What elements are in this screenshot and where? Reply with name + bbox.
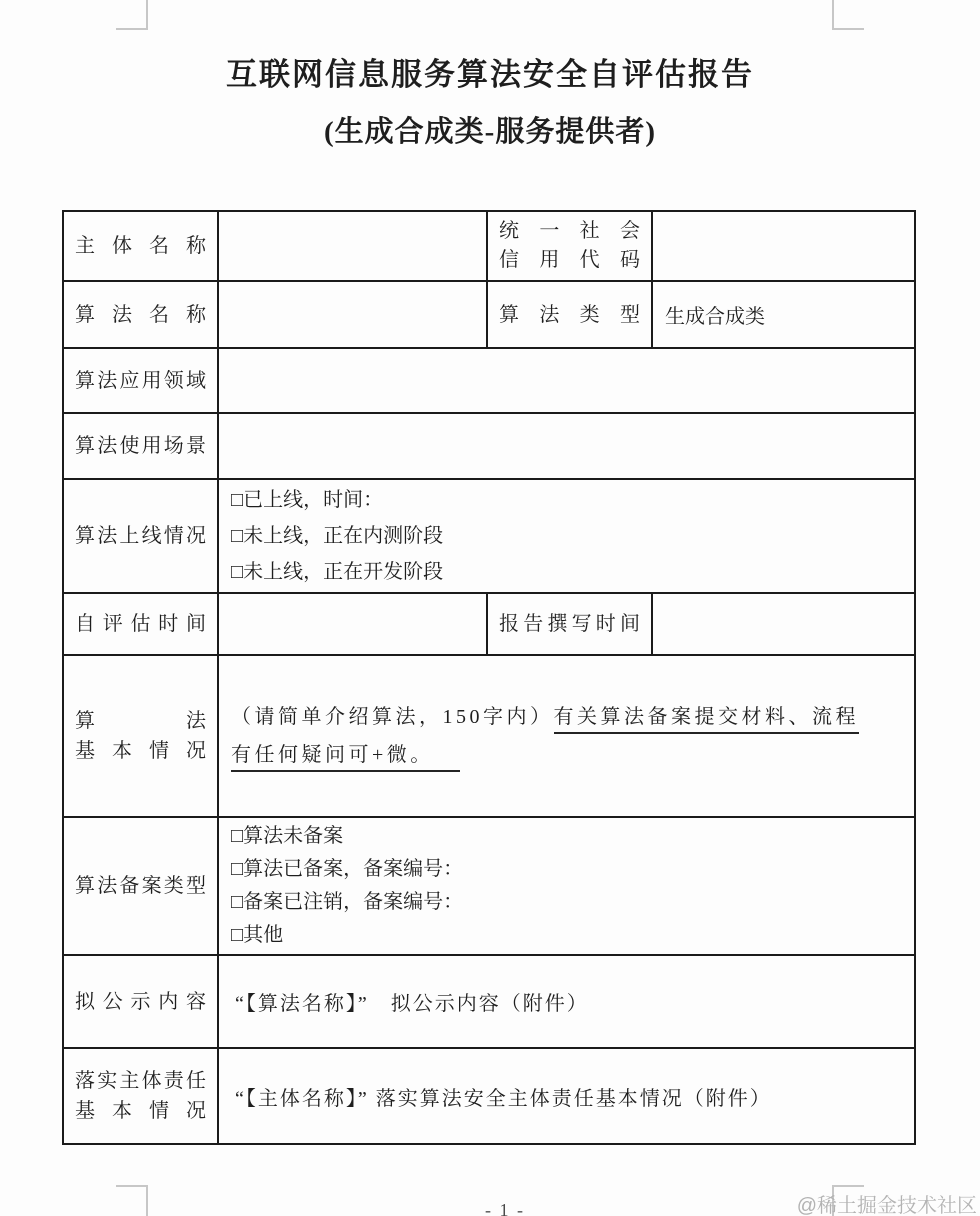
row-filing-type: 算法备案类型 □算法未备案 □算法已备案，备案编号： □备案已注销，备案编号： …: [63, 817, 915, 955]
checkbox-option: □未上线，正在内测阶段: [231, 518, 902, 554]
input-cell-algorithm-name[interactable]: [218, 281, 487, 348]
field-label: 报告撰写时间: [488, 609, 651, 639]
field-label: 算法使用场景: [64, 431, 217, 461]
input-cell-report-writing-time[interactable]: [652, 593, 915, 655]
field-label: 落实主体责任: [64, 1066, 217, 1096]
checkbox-option-label: 未上线，正在开发阶段: [243, 561, 443, 583]
basic-info-underlined-text: 有关算法备案提交材料、流程: [554, 706, 860, 734]
field-label: 主 体 名 称: [64, 231, 217, 261]
basic-info-underlined-text: 有任何疑问可+微。: [231, 744, 460, 772]
label-cell-application-domain: 算法应用领域: [63, 348, 218, 413]
input-cell-self-assessment-time[interactable]: [218, 593, 487, 655]
page-title: 互联网信息服务算法安全自评估报告: [0, 54, 980, 96]
row-algorithm-basic-info: 算 法 基 本 情 况 （请简单介绍算法，150字内）有关算法备案提交材料、流程…: [63, 655, 915, 817]
row-application-domain: 算法应用领域: [63, 348, 915, 413]
field-label: 算 法: [64, 706, 217, 736]
field-label: 算 法 类 型: [488, 300, 651, 330]
field-label: 拟 公 示 内 容: [64, 987, 217, 1017]
label-cell-online-status: 算法上线情况: [63, 479, 218, 593]
content-cell-algorithm-basic-info: （请简单介绍算法，150字内）有关算法备案提交材料、流程 有任何疑问可+微。: [218, 655, 915, 817]
checkbox-icon[interactable]: □: [231, 919, 243, 952]
label-cell-responsibility: 落实主体责任 基 本 情 况: [63, 1048, 218, 1144]
checkbox-option: □算法已备案，备案编号：: [231, 853, 902, 886]
content-cell-proposed-publicity: “【算法名称】” 拟公示内容（附件）: [218, 955, 915, 1048]
content-cell-responsibility: “【主体名称】” 落实算法安全主体责任基本情况（附件）: [218, 1048, 915, 1144]
label-cell-self-assessment-time: 自 评 估 时 间: [63, 593, 218, 655]
row-proposed-publicity: 拟 公 示 内 容 “【算法名称】” 拟公示内容（附件）: [63, 955, 915, 1048]
crop-mark-top-right-icon: [832, 0, 864, 30]
field-label: 基 本 情 况: [64, 1096, 217, 1126]
checkbox-option-label: 其他: [243, 924, 283, 946]
checkbox-icon[interactable]: □: [231, 554, 243, 590]
checkbox-option: □其他: [231, 919, 902, 952]
page-subtitle: (生成合成类-服务提供者): [0, 110, 980, 154]
field-label: 信 用 代 码: [488, 246, 651, 275]
input-cell-application-domain[interactable]: [218, 348, 915, 413]
field-label: 自 评 估 时 间: [64, 609, 217, 639]
watermark: @稀土掘金技术社区: [797, 1189, 977, 1216]
checkbox-icon[interactable]: □: [231, 853, 243, 886]
input-cell-credit-code[interactable]: [652, 211, 915, 281]
field-label: 基 本 情 况: [64, 736, 217, 766]
field-label: 算法应用领域: [64, 366, 217, 396]
row-subject-name: 主 体 名 称 统 一 社 会 信 用 代 码: [63, 211, 915, 281]
checkbox-icon[interactable]: □: [231, 820, 243, 853]
checkbox-icon[interactable]: □: [231, 482, 243, 518]
field-label: 算法上线情况: [64, 521, 217, 551]
field-label: 算法备案类型: [64, 871, 217, 901]
row-online-status: 算法上线情况 □已上线，时间： □未上线，正在内测阶段 □未上线，正在开发阶段: [63, 479, 915, 593]
input-cell-usage-scenario[interactable]: [218, 413, 915, 479]
label-cell-algorithm-name: 算 法 名 称: [63, 281, 218, 348]
label-cell-report-writing-time: 报告撰写时间: [487, 593, 652, 655]
value-cell-algorithm-type: 生成合成类: [652, 281, 915, 348]
checkbox-option-label: 未上线，正在内测阶段: [243, 525, 443, 547]
checkbox-option: □已上线，时间：: [231, 482, 902, 518]
algorithm-basic-info-text: （请简单介绍算法，150字内）有关算法备案提交材料、流程 有任何疑问可+微。: [219, 698, 914, 774]
field-label: 统 一 社 会: [488, 217, 651, 246]
responsibility-text: “【主体名称】” 落实算法安全主体责任基本情况（附件）: [219, 1080, 914, 1113]
row-responsibility: 落实主体责任 基 本 情 况 “【主体名称】” 落实算法安全主体责任基本情况（附…: [63, 1048, 915, 1144]
label-cell-credit-code: 统 一 社 会 信 用 代 码: [487, 211, 652, 281]
label-cell-usage-scenario: 算法使用场景: [63, 413, 218, 479]
content-cell-online-status: □已上线，时间： □未上线，正在内测阶段 □未上线，正在开发阶段: [218, 479, 915, 593]
label-cell-proposed-publicity: 拟 公 示 内 容: [63, 955, 218, 1048]
checkbox-option-label: 算法已备案，备案编号：: [243, 858, 463, 880]
checkbox-option-label: 备案已注销，备案编号：: [243, 891, 463, 913]
document-page: 互联网信息服务算法安全自评估报告 (生成合成类-服务提供者) 主 体 名 称 统…: [0, 0, 980, 1216]
checkbox-option-label: 算法未备案: [243, 825, 343, 847]
input-cell-subject-name[interactable]: [218, 211, 487, 281]
row-usage-scenario: 算法使用场景: [63, 413, 915, 479]
label-cell-algorithm-basic-info: 算 法 基 本 情 况: [63, 655, 218, 817]
row-algorithm-name: 算 法 名 称 算 法 类 型 生成合成类: [63, 281, 915, 348]
checkbox-icon[interactable]: □: [231, 518, 243, 554]
checkbox-option: □算法未备案: [231, 820, 902, 853]
row-assessment-time: 自 评 估 时 间 报告撰写时间: [63, 593, 915, 655]
label-cell-subject-name: 主 体 名 称: [63, 211, 218, 281]
proposed-publicity-text: “【算法名称】” 拟公示内容（附件）: [219, 985, 914, 1018]
algorithm-type-value: 生成合成类: [653, 298, 914, 331]
label-cell-algorithm-type: 算 法 类 型: [487, 281, 652, 348]
label-cell-filing-type: 算法备案类型: [63, 817, 218, 955]
checkbox-icon[interactable]: □: [231, 886, 243, 919]
assessment-form-table: 主 体 名 称 统 一 社 会 信 用 代 码 算 法 名 称 算 法 类 型 …: [62, 210, 916, 1145]
basic-info-hint: （请简单介绍算法，150字内）: [231, 706, 554, 728]
field-label: 算 法 名 称: [64, 300, 217, 330]
checkbox-option: □未上线，正在开发阶段: [231, 554, 902, 590]
checkbox-option-label: 已上线，时间：: [243, 489, 383, 511]
checkbox-option: □备案已注销，备案编号：: [231, 886, 902, 919]
crop-mark-top-left-icon: [116, 0, 148, 30]
content-cell-filing-type: □算法未备案 □算法已备案，备案编号： □备案已注销，备案编号： □其他: [218, 817, 915, 955]
